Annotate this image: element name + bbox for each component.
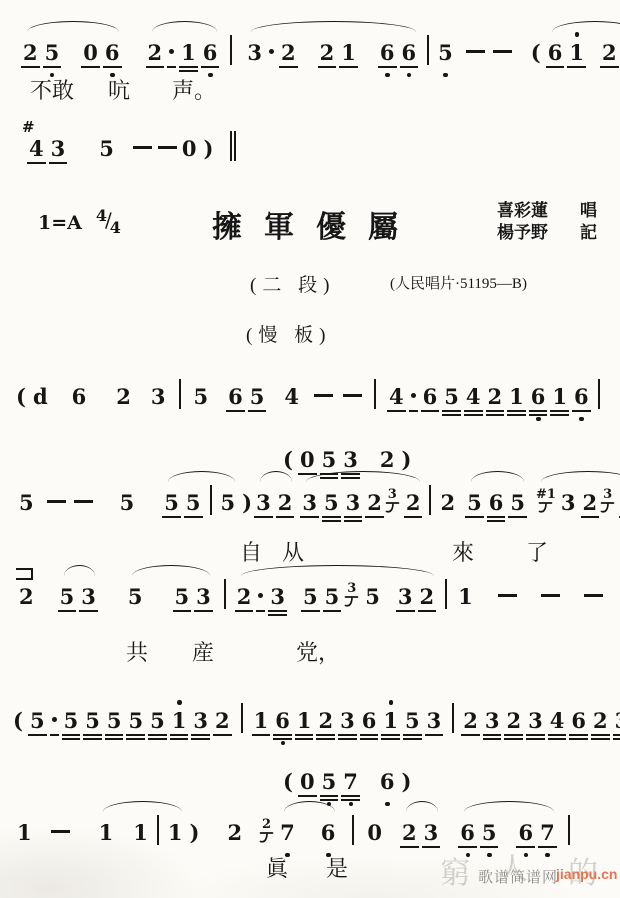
note-token: 5 (84, 708, 101, 734)
lyric-text: 了 (526, 536, 548, 567)
note-glyph: 1 (296, 708, 313, 734)
note-glyph: 6 (570, 708, 587, 734)
note-token: 5 (59, 584, 76, 610)
note-glyph: 3 (614, 708, 620, 734)
note-token: 6 (71, 384, 88, 410)
note-token: 6 (274, 708, 291, 734)
grace-note: #1 (536, 487, 556, 516)
duration-dash (74, 490, 93, 516)
key-label: 1=A (38, 212, 82, 234)
note-token: 2 (280, 40, 297, 66)
note-token: 5 (149, 708, 166, 734)
barline (429, 485, 431, 516)
octave-dot-below (545, 853, 550, 858)
grace-ornament-icon (259, 831, 274, 845)
note-token: 5 (127, 708, 144, 734)
grace-note-stack: 3 (600, 487, 615, 515)
note-token: 5 (364, 584, 381, 610)
slur-arc (251, 21, 416, 32)
note-glyph: 3 (301, 490, 318, 516)
note-token: 3 (614, 708, 620, 734)
note-token: 2 (592, 708, 609, 734)
grace-note: 3 (344, 581, 359, 610)
note-glyph: 5 (127, 708, 144, 734)
note-token: 1 (457, 584, 474, 610)
barline-mark (445, 579, 447, 609)
note-token: 6 (401, 40, 418, 66)
note-glyph: 2 (226, 820, 243, 846)
slur-arc (241, 565, 434, 576)
barline (210, 485, 212, 516)
grace-ornament-icon (344, 595, 359, 609)
note-token: 1 (568, 40, 585, 66)
grace-ornament-icon (538, 501, 553, 515)
barline-mark (374, 379, 376, 409)
note-token: 5 (321, 769, 338, 795)
slur-arc (471, 471, 524, 482)
note-token: 5 (249, 384, 266, 410)
note-glyph: 5 (364, 584, 381, 610)
note-token: 1 (171, 708, 188, 734)
note-token: 1 (508, 384, 525, 410)
note-glyph: 2 (505, 708, 522, 734)
note-token: 6 (227, 384, 244, 410)
note-glyph: 5 (404, 708, 421, 734)
note-token: 5 (18, 490, 35, 516)
note-glyph: 4 (549, 708, 566, 734)
note-glyph: 6 (459, 820, 476, 846)
sheet-music-page: 1=A4/4 擁軍優屬 喜彩蓮 唱 楊予野 記 (二 段) (人民唱片·5119… (0, 0, 620, 898)
note-glyph: 3 (339, 708, 356, 734)
key-signature: 1=A4/4 (38, 210, 121, 234)
note-glyph: ( (282, 769, 294, 795)
lyric-text: 党， (296, 636, 340, 667)
note-glyph: 3 (192, 708, 209, 734)
note-token: 0 (181, 136, 198, 162)
slur-arc (541, 471, 620, 482)
augmentation-dot (410, 384, 417, 410)
barline (452, 703, 454, 734)
lyric-text: 來 (452, 536, 474, 567)
note-token: 1 (180, 40, 197, 66)
note-token: 5 (119, 490, 136, 516)
note-token: 6 (104, 40, 121, 66)
note-glyph: 2 (419, 584, 436, 610)
note-token: ( (530, 40, 542, 66)
watermark-site-url: jianpu.cn (556, 866, 617, 882)
note-token: 4# (28, 136, 45, 162)
note-glyph: 3 (423, 820, 440, 846)
note-glyph: 3 (50, 136, 67, 162)
note-token: 5 (163, 490, 180, 516)
lyric-text: 声。 (172, 74, 216, 105)
note-glyph: 6 (422, 384, 439, 410)
note-token: 6 (547, 40, 564, 66)
duration-dash-mark (343, 394, 362, 397)
watermark-site-name: 歌谱简谱网 (478, 866, 558, 887)
duration-dash-mark (74, 500, 93, 503)
barline (445, 579, 447, 610)
note-glyph: 1 (457, 584, 474, 610)
duration-dash-mark (47, 500, 66, 503)
note-glyph: 5 (119, 490, 136, 516)
slur-arc (27, 21, 119, 32)
lyric-text: 吭 (108, 74, 130, 105)
note-token: 3 (192, 708, 209, 734)
note-token: 5 (481, 820, 498, 846)
note-glyph: 5 (466, 490, 483, 516)
note-token: 5 (466, 490, 483, 516)
augmentation-dot-mark (269, 49, 274, 54)
barline-mark (210, 485, 212, 515)
note-glyph: 4 (28, 136, 45, 162)
note-glyph: 5 (149, 708, 166, 734)
note-glyph: 6 (71, 384, 88, 410)
augmentation-dot-mark (52, 717, 57, 722)
sharp-icon: # (22, 118, 35, 136)
note-token: 3 (195, 584, 212, 610)
tempo-label: (慢 板) (246, 320, 331, 347)
note-token: 2 (317, 708, 334, 734)
slur-arc (168, 471, 235, 482)
note-glyph: 5 (59, 584, 76, 610)
score-line-3: 4#350) (28, 114, 238, 161)
note-glyph: ) (189, 820, 201, 846)
note-token: 5 (174, 584, 191, 610)
score-line-12: 1111)22760236567 (16, 798, 570, 845)
note-token: 1 (98, 820, 115, 846)
note-glyph: 6 (379, 40, 396, 66)
augmentation-dot (51, 708, 58, 734)
note-glyph: 5 (84, 708, 101, 734)
octave-dot-below (487, 853, 492, 858)
note-token: 5 (220, 490, 237, 516)
note-glyph: 0 (181, 136, 198, 162)
note-token: 2 (236, 584, 253, 610)
record-label: (人民唱片·51195—B) (390, 272, 527, 293)
note-token: 2 (277, 490, 294, 516)
note-token: 5 (302, 584, 319, 610)
note-glyph: 6 (517, 820, 534, 846)
note-glyph: 5 (324, 584, 341, 610)
grace-ornament-icon (385, 501, 400, 515)
note-glyph: 2 (147, 40, 164, 66)
duration-dash (493, 40, 512, 66)
note-glyph: 2 (317, 708, 334, 734)
lyric-text: 不敢 (30, 74, 74, 105)
note-glyph: 5 (98, 136, 115, 162)
note-token: 5 (185, 490, 202, 516)
octave-dot-below (579, 417, 584, 422)
note-glyph: 7 (279, 820, 296, 846)
note-token: 6 (459, 820, 476, 846)
note-token: 5 (443, 384, 460, 410)
note-token: 2 (439, 490, 456, 516)
slur-arc (64, 565, 95, 576)
octave-dot-below (536, 417, 541, 422)
note-glyph: 5 (321, 769, 338, 795)
barline (241, 703, 243, 734)
note-token: 1 (296, 708, 313, 734)
credits: 喜彩蓮 唱 楊予野 記 (497, 200, 597, 244)
note-glyph: 1 (253, 708, 270, 734)
note-glyph: ) (241, 490, 253, 516)
note-glyph: 5 (185, 490, 202, 516)
note-glyph: 6 (202, 40, 219, 66)
slur-arc (284, 801, 335, 812)
octave-dot-above (177, 700, 182, 705)
note-token: 3 (527, 708, 544, 734)
bleedthrough-char: 窮 (440, 848, 470, 892)
note-token: 3 (423, 820, 440, 846)
note-token: 2 (214, 708, 231, 734)
note-token: 7 (279, 820, 296, 846)
note-glyph: 6 (274, 708, 291, 734)
duration-dash-mark (51, 830, 70, 833)
note-token: 3 (150, 384, 167, 410)
note-glyph: 0 (299, 769, 316, 795)
note-glyph: 6 (488, 490, 505, 516)
note-glyph: 6 (547, 40, 564, 66)
note-token: 2 (505, 708, 522, 734)
note-glyph: 7 (342, 769, 359, 795)
barline-mark (157, 815, 159, 845)
note-token: 3 (301, 490, 318, 516)
duration-dash-mark (314, 394, 333, 397)
barline-mark (427, 35, 429, 65)
note-token: 2 (462, 708, 479, 734)
credit-transcriber: 楊予野 記 (497, 222, 597, 244)
note-glyph: 5 (174, 584, 191, 610)
note-token: 0 (366, 820, 383, 846)
barline (179, 379, 181, 410)
note-token: 3 (80, 584, 97, 610)
note-token: 4 (388, 384, 405, 410)
note-glyph: 5 (106, 708, 123, 734)
note-glyph: 1 (171, 708, 188, 734)
note-token: 3 (246, 40, 263, 66)
note-glyph: 2 (236, 584, 253, 610)
note-glyph: 2 (277, 490, 294, 516)
lyric-text: 从 (282, 536, 304, 567)
note-glyph: 5 (44, 40, 61, 66)
note-token: 2 (18, 584, 35, 610)
barline-mark (429, 485, 431, 515)
augmentation-dot-mark (411, 393, 416, 398)
note-glyph: 3 (527, 708, 544, 734)
grace-note-number: #1 (536, 487, 556, 502)
note-glyph: 5 (127, 584, 144, 610)
note-glyph: 6 (104, 40, 121, 66)
note-glyph: 2 (280, 40, 297, 66)
octave-dot-above (389, 700, 394, 705)
note-glyph: 2 (487, 384, 504, 410)
barline-mark (241, 703, 243, 733)
note-glyph: 2 (214, 708, 231, 734)
note-glyph: 2 (319, 40, 336, 66)
note-glyph: 3 (484, 708, 501, 734)
duration-dash-mark (466, 50, 485, 53)
tie-continuation-icon (16, 568, 33, 580)
slur-arc (152, 21, 217, 32)
note-glyph: 5 (437, 40, 454, 66)
note-glyph: 2 (582, 490, 599, 516)
note-token: 5 (437, 40, 454, 66)
grace-note-number: 3 (385, 487, 400, 502)
duration-dash-mark (584, 594, 603, 597)
lyric-text: 眞 (266, 852, 288, 883)
note-glyph: 2 (405, 490, 422, 516)
duration-dash (314, 384, 333, 410)
note-glyph: ( (15, 384, 27, 410)
note-token: 6 (379, 40, 396, 66)
note-token: 6 (379, 769, 396, 795)
barline-mark (352, 815, 354, 845)
note-glyph: 1 (508, 384, 525, 410)
note-glyph: 3 (80, 584, 97, 610)
note-glyph: 3 (269, 584, 286, 610)
barline-mark (224, 579, 226, 609)
note-token: 2 (405, 490, 422, 516)
note-glyph: 5 (323, 490, 340, 516)
note-glyph: 2 (462, 708, 479, 734)
note-token: 1 (382, 708, 399, 734)
note-glyph: 4 (465, 384, 482, 410)
duration-dash (584, 584, 603, 610)
lyric-text: 自 (240, 536, 262, 567)
barline (374, 379, 376, 410)
note-glyph: d (32, 384, 49, 410)
final-barline-mark (230, 131, 232, 161)
note-glyph: 3 (246, 40, 263, 66)
grace-note-stack: 3 (385, 487, 400, 515)
duration-dash-mark (541, 594, 560, 597)
note-glyph: 2 (401, 820, 418, 846)
note-token: 6 (320, 820, 337, 846)
note-token: ( (15, 384, 27, 410)
note-glyph: 2 (115, 384, 132, 410)
note-glyph: 1 (551, 384, 568, 410)
note-token: 5 (29, 708, 46, 734)
note-token: 5 (323, 490, 340, 516)
duration-dash-mark (133, 146, 152, 149)
note-token: 2 (601, 40, 618, 66)
note-token: 6 (361, 708, 378, 734)
note-token: 3 (397, 584, 414, 610)
note-glyph: 5 (63, 708, 80, 734)
slur-arc (552, 21, 620, 32)
note-glyph: 1 (132, 820, 149, 846)
note-glyph: 5 (193, 384, 210, 410)
note-token: d (32, 384, 49, 410)
note-token: 3 (339, 708, 356, 734)
barline-mark (568, 815, 570, 845)
note-token: 4 (465, 384, 482, 410)
note-glyph: 4 (388, 384, 405, 410)
duration-dash (158, 136, 177, 162)
note-glyph: 2 (18, 584, 35, 610)
note-glyph: 7 (539, 820, 556, 846)
score-line-10: (555555132161236153232346234636 (12, 686, 620, 733)
note-glyph: ( (530, 40, 542, 66)
octave-dot-above (575, 32, 580, 37)
note-glyph: 3 (426, 708, 443, 734)
note-token: 2 (22, 40, 39, 66)
note-glyph: 3 (255, 490, 272, 516)
note-glyph: 5 (443, 384, 460, 410)
note-glyph: ) (203, 136, 215, 162)
note-glyph: 2 (22, 40, 39, 66)
note-token: 1 (167, 820, 184, 846)
note-token: 7 (539, 820, 556, 846)
note-token: 4 (549, 708, 566, 734)
note-glyph: 5 (18, 490, 35, 516)
note-token: 1 (132, 820, 149, 846)
note-glyph: 1 (180, 40, 197, 66)
barline (568, 815, 570, 846)
score-line-11: (0576) (282, 752, 412, 799)
augmentation-dot (257, 584, 264, 610)
slur-arc (406, 801, 438, 812)
note-token: 3 (50, 136, 67, 162)
note-token: 5 (193, 384, 210, 410)
barline (230, 35, 232, 66)
augmentation-dot-mark (258, 593, 263, 598)
duration-dash (51, 820, 70, 846)
barline-mark (598, 379, 600, 409)
grace-note-number: 2 (259, 817, 274, 832)
barline-mark (230, 35, 232, 65)
note-token: 6 (573, 384, 590, 410)
augmentation-dot (168, 40, 175, 66)
note-token: 5 (127, 584, 144, 610)
note-token: 1 (253, 708, 270, 734)
note-token: 6 (570, 708, 587, 734)
note-glyph: 5 (220, 490, 237, 516)
note-token: ) (203, 136, 215, 162)
note-token: 0 (299, 769, 316, 795)
grace-note-number: 3 (344, 581, 359, 596)
octave-dot-below (385, 73, 390, 78)
note-token: 3 (484, 708, 501, 734)
grace-note: 2 (259, 817, 274, 846)
duration-dash (47, 490, 66, 516)
grace-ornament-icon (600, 501, 615, 515)
barline-mark (452, 703, 454, 733)
note-glyph: 2 (592, 708, 609, 734)
section-label: (二 段) (250, 270, 335, 297)
credit-singer: 喜彩蓮 唱 (497, 200, 597, 222)
note-glyph: 4 (283, 384, 300, 410)
grace-note-stack: #1 (536, 487, 556, 515)
barline (427, 35, 429, 66)
slur-arc (132, 565, 210, 576)
note-token: 3 (426, 708, 443, 734)
note-glyph: 2 (366, 490, 383, 516)
note-glyph: 2 (601, 40, 618, 66)
barline (157, 815, 159, 846)
octave-dot-below (281, 741, 286, 746)
note-glyph: 6 (320, 820, 337, 846)
note-token: 3 (345, 490, 362, 516)
slur-arc (306, 471, 420, 482)
note-token: 3 (269, 584, 286, 610)
note-glyph: 6 (401, 40, 418, 66)
note-token: 2 (115, 384, 132, 410)
note-glyph: ) (400, 769, 412, 795)
note-token: 2 (319, 40, 336, 66)
note-token: 6 (202, 40, 219, 66)
